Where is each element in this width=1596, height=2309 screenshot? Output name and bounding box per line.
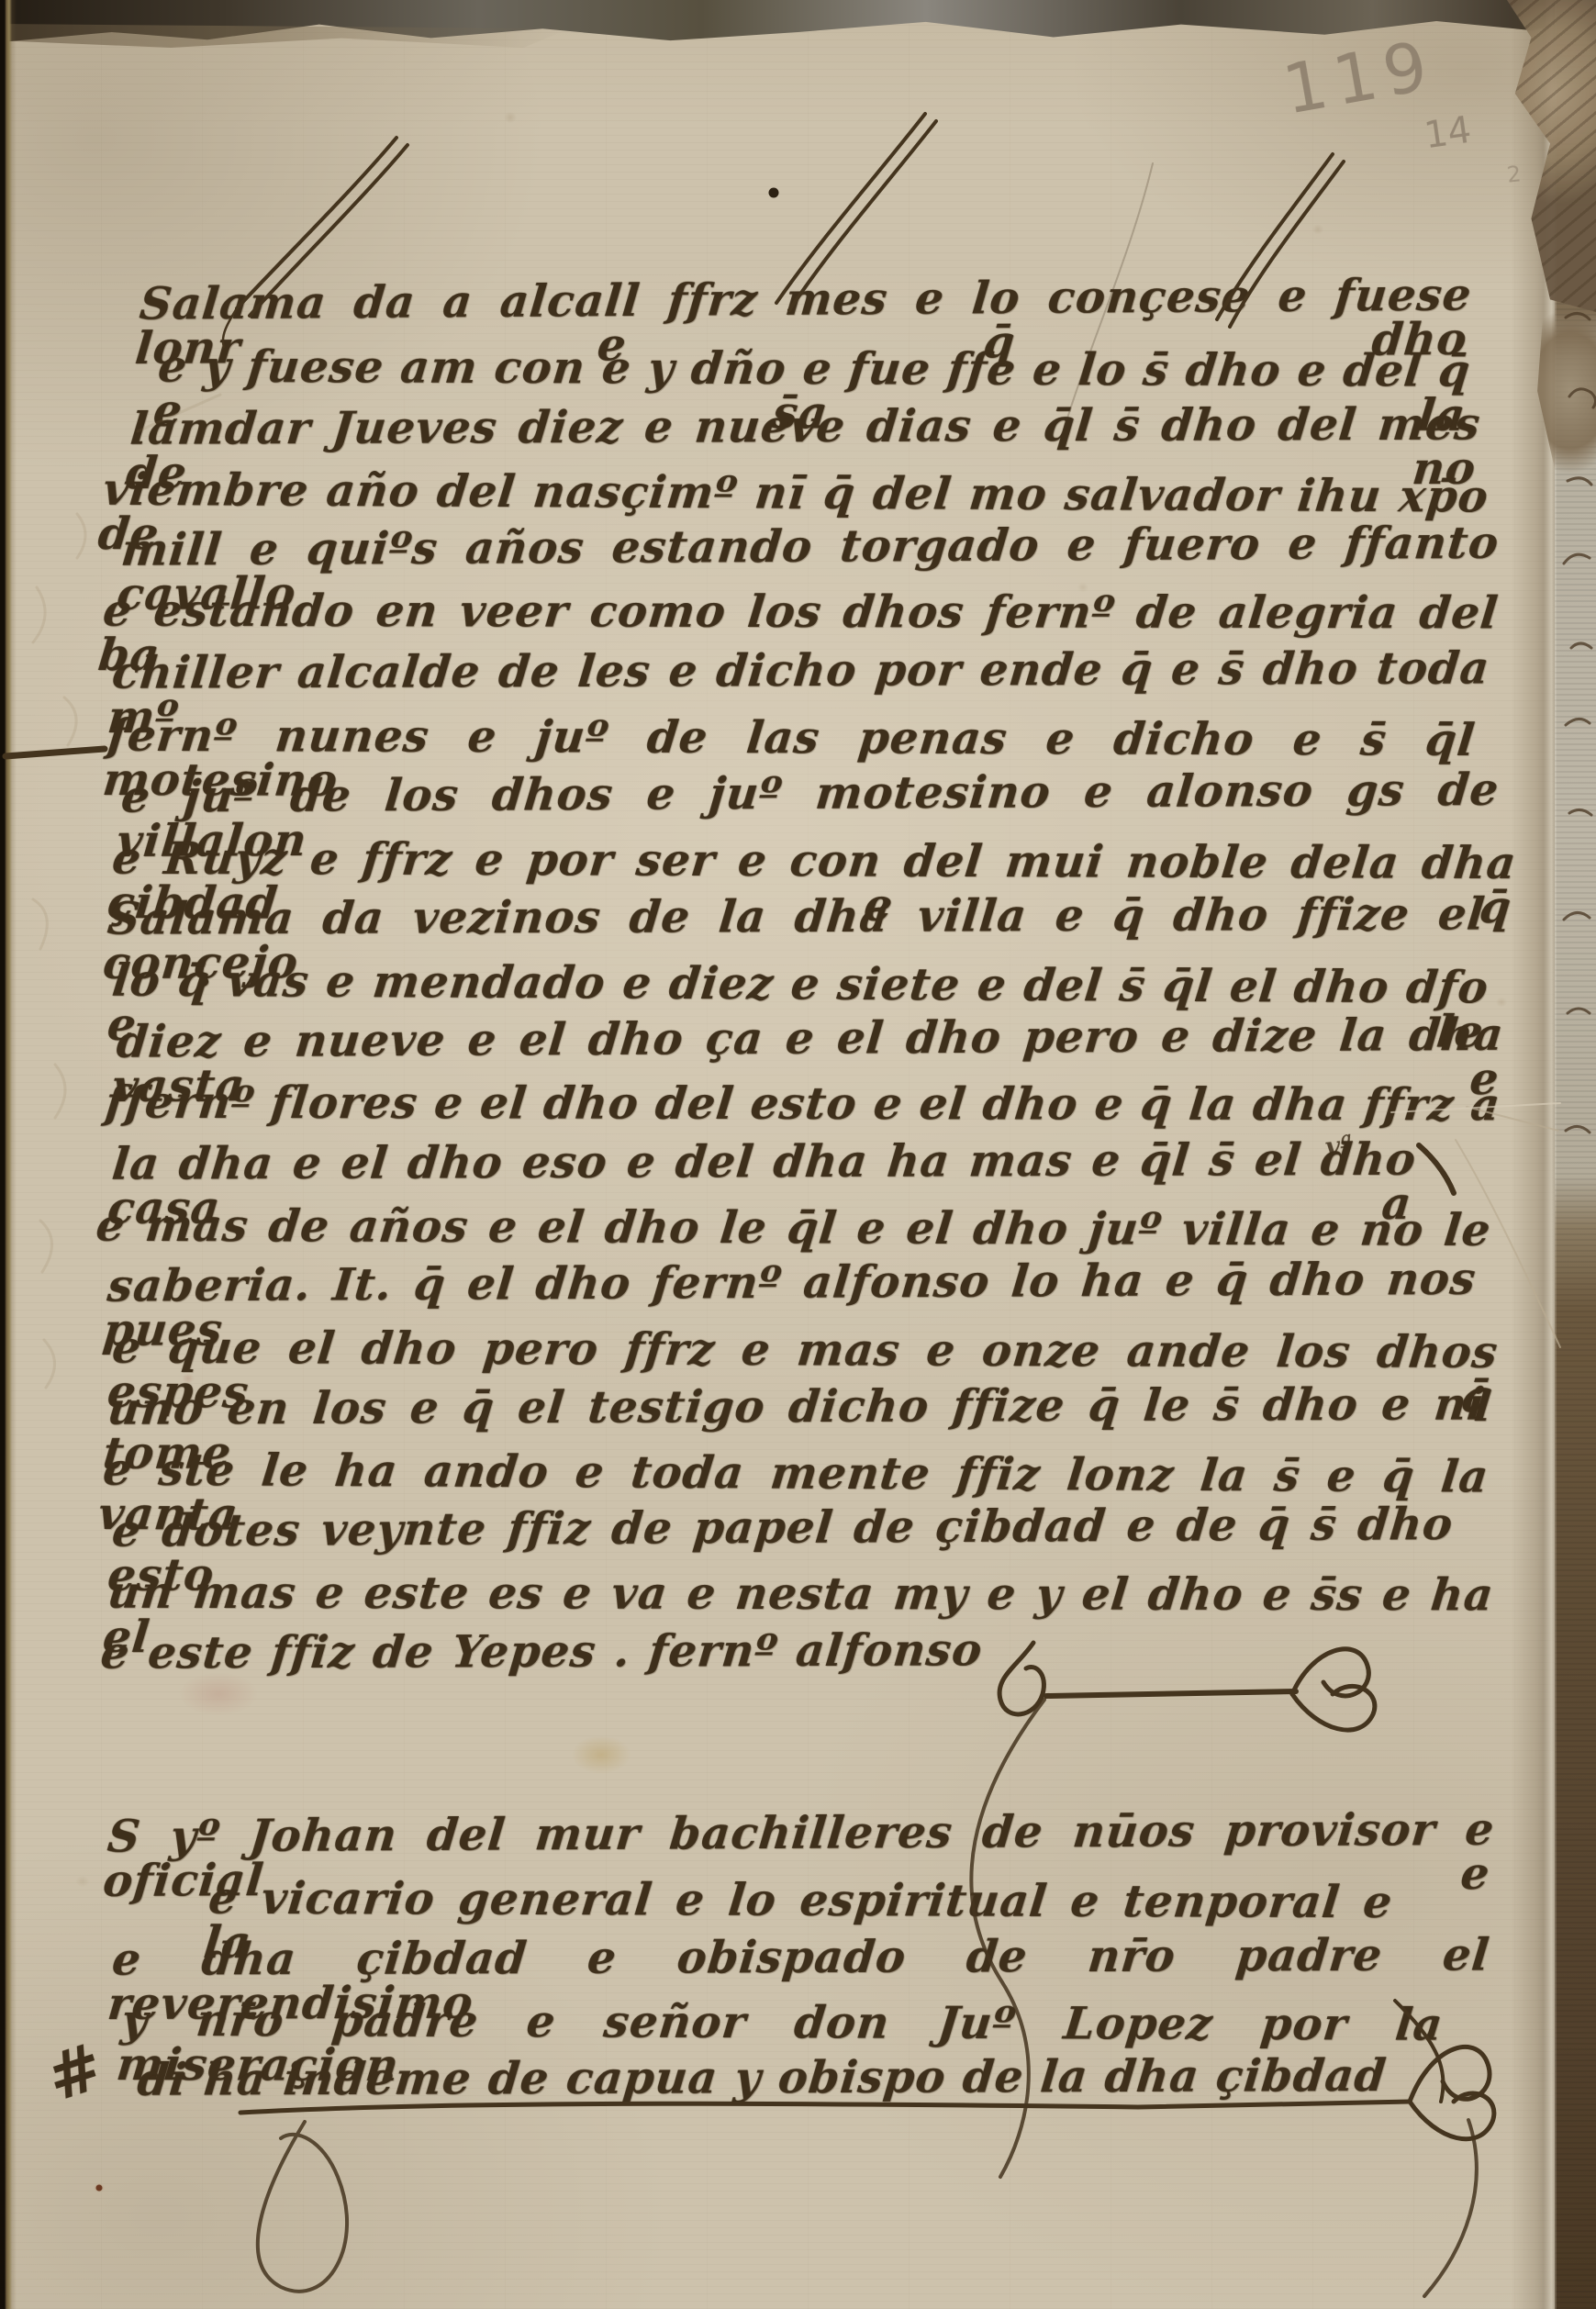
signature-rule-flourish — [971, 1643, 1375, 2177]
ink-blot — [96, 188, 779, 2192]
double-slash-mark — [1217, 154, 1344, 327]
interlinear-tick-mark — [1419, 1145, 1454, 1193]
margin-dash-mark — [6, 749, 105, 756]
ink-flourishes — [0, 0, 1596, 2309]
bottom-rule-flourish — [240, 2001, 1494, 2296]
ghost-bleedthrough-strokes — [33, 395, 220, 1388]
double-slash-mark — [223, 138, 407, 347]
fore-edge-ink-fragments — [1564, 313, 1596, 1132]
pen-trial-hairline — [1063, 163, 1153, 433]
manuscript-page: 119 14 2 Salama da a alcall ffrz mes e l… — [0, 0, 1596, 2309]
crease-line — [1391, 1103, 1560, 1347]
double-slash-mark — [776, 114, 936, 310]
